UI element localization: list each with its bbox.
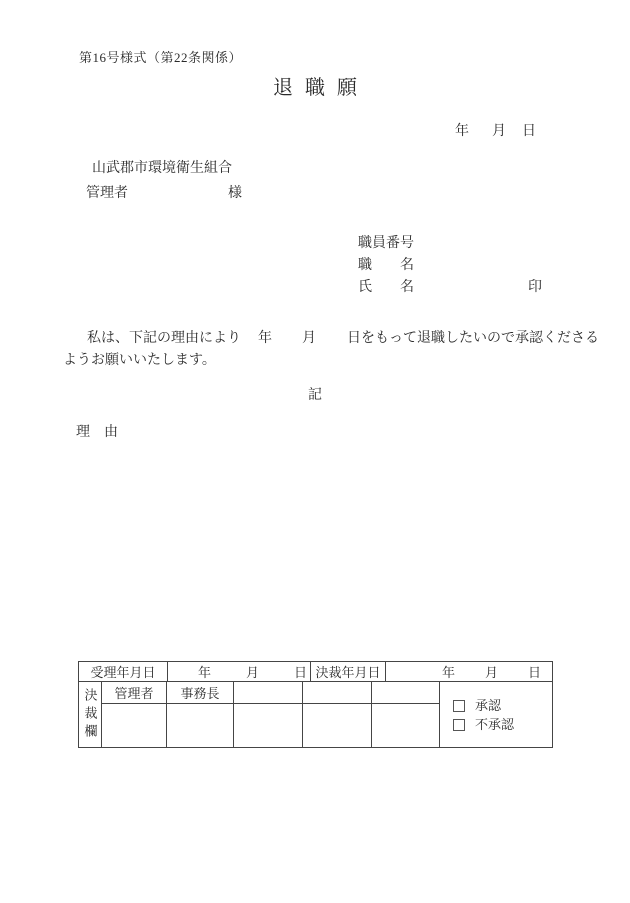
month-label: 月 (492, 124, 506, 139)
month-label: 月 (302, 331, 316, 346)
manager-header: 管理者 (102, 682, 166, 704)
office-head-column: 事務長 (167, 682, 234, 748)
seal-label: 印 (528, 276, 542, 296)
submission-date-line: 年月日 (455, 120, 536, 140)
received-date-header: 受理年月日 (79, 662, 168, 681)
addressee-honorific: 様 (228, 182, 242, 202)
received-date-value-cell: 年月日 (168, 662, 311, 681)
organization-name: 山武郡市環境衛生組合 (92, 157, 232, 177)
employee-number-label: 職員番号 (358, 233, 414, 255)
empty-stamp-cell (372, 704, 439, 748)
manager-stamp-cell (102, 704, 166, 748)
name-label: 氏 名 (358, 277, 414, 299)
decision-date-value-cell: 年月日 (386, 662, 552, 681)
body-line-1: 私は、下記の理由により年月日をもって退職したいので承認くださる (63, 327, 599, 347)
empty-stamp-cell (303, 704, 371, 748)
day-label: 日 (528, 662, 541, 681)
empty-column-1 (234, 682, 303, 748)
applicant-fields: 職員番号 職 名 氏 名 (358, 233, 414, 299)
reason-label: 理 由 (76, 421, 118, 441)
approval-options-cell: 承認 不承認 (440, 682, 552, 748)
month-label: 月 (485, 662, 498, 681)
approve-option: 承認 (453, 699, 552, 713)
body-line-2: ようお願いいたします。 (63, 349, 216, 369)
year-label: 年 (442, 662, 455, 681)
day-label: 日 (294, 662, 307, 681)
manager-column: 管理者 (102, 682, 167, 748)
form-number: 第16号様式（第22条関係） (79, 47, 242, 66)
office-head-stamp-cell (167, 704, 233, 748)
empty-header-cell (234, 682, 302, 704)
empty-column-3 (372, 682, 440, 748)
reject-option: 不承認 (453, 718, 552, 732)
checkbox-approve-icon (453, 700, 465, 712)
year-label: 年 (198, 662, 211, 681)
day-label: 日 (522, 124, 536, 139)
job-title-label: 職 名 (358, 255, 414, 277)
year-label: 年 (258, 331, 272, 346)
body-line1-tail: 日をもって退職したいので承認くださる (347, 331, 599, 346)
reject-label: 不承認 (475, 718, 514, 732)
approval-table-body: 決裁欄 管理者 事務長 承認 (79, 682, 552, 748)
decision-date-header: 決裁年月日 (311, 662, 386, 681)
decision-column-label: 決裁欄 (79, 682, 102, 748)
month-label: 月 (246, 662, 259, 681)
resignation-form-page: 第16号様式（第22条関係） 退 職 願 年月日 山武郡市環境衛生組合 管理者 … (0, 0, 630, 903)
addressee-role: 管理者 (86, 182, 128, 202)
approval-table-header-row: 受理年月日 年月日 決裁年月日 年月日 (79, 662, 552, 682)
checkbox-reject-icon (453, 719, 465, 731)
approve-label: 承認 (475, 699, 501, 713)
body-line1-lead: 私は、下記の理由により (87, 331, 241, 346)
note-mark: 記 (0, 384, 630, 404)
empty-header-cell (303, 682, 371, 704)
empty-stamp-cell (234, 704, 302, 748)
year-label: 年 (455, 124, 469, 139)
approval-table: 受理年月日 年月日 決裁年月日 年月日 決裁欄 管理者 事務長 (78, 661, 553, 748)
empty-column-2 (303, 682, 372, 748)
page-title: 退 職 願 (0, 71, 630, 100)
office-head-header: 事務長 (167, 682, 233, 704)
empty-header-cell (372, 682, 439, 704)
